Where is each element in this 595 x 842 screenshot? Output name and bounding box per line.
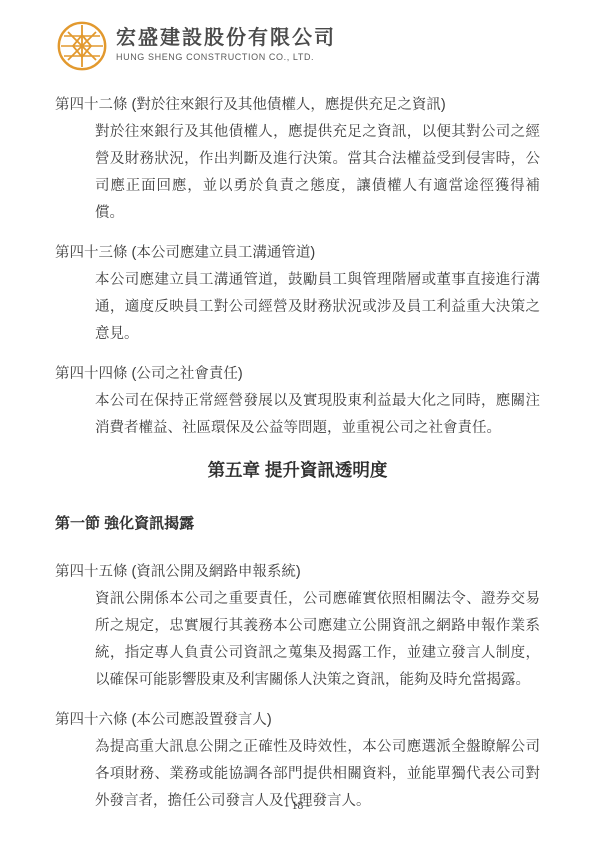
company-names: 宏盛建設股份有限公司 HUNG SHENG CONSTRUCTION CO., … <box>116 20 336 62</box>
article-46-heading: 第四十六條 (本公司應設置發言人) <box>55 707 540 734</box>
article-42: 第四十二條 (對於往來銀行及其他債權人，應提供充足之資訊) 對於往來銀行及其他債… <box>55 92 540 227</box>
section-title: 第一節 強化資訊揭露 <box>55 510 540 537</box>
article-45: 第四十五條 (資訊公開及網路申報系統) 資訊公開係本公司之重要責任，公司應確實依… <box>55 559 540 694</box>
page-content: 宏盛建設股份有限公司 HUNG SHENG CONSTRUCTION CO., … <box>0 0 595 815</box>
article-43-body: 本公司應建立員工溝通管道，鼓勵員工與管理階層或董事直接進行溝通，適度反映員工對公… <box>95 267 540 348</box>
article-46: 第四十六條 (本公司應設置發言人) 為提高重大訊息公開之正確性及時效性，本公司應… <box>55 707 540 815</box>
page-footer: - 18 - <box>0 800 595 812</box>
article-45-body: 資訊公開係本公司之重要責任，公司應確實依照相關法令、證券交易所之規定，忠實履行其… <box>95 586 540 694</box>
page-number: - 18 - <box>285 800 310 812</box>
company-logo-icon <box>55 20 109 77</box>
company-name-en: HUNG SHENG CONSTRUCTION CO., LTD. <box>116 52 336 62</box>
article-44-heading: 第四十四條 (公司之社會責任) <box>55 361 540 388</box>
article-44: 第四十四條 (公司之社會責任) 本公司在保持正常經營發展以及實現股東利益最大化之… <box>55 361 540 442</box>
article-44-body: 本公司在保持正常經營發展以及實現股東利益最大化之同時，應關注消費者權益、社區環保… <box>95 388 540 442</box>
article-43: 第四十三條 (本公司應建立員工溝通管道) 本公司應建立員工溝通管道，鼓勵員工與管… <box>55 240 540 348</box>
article-45-heading: 第四十五條 (資訊公開及網路申報系統) <box>55 559 540 586</box>
company-name-zh: 宏盛建設股份有限公司 <box>116 24 336 50</box>
chapter-title: 第五章 提升資訊透明度 <box>55 457 540 484</box>
document-page: 宏盛建設股份有限公司 HUNG SHENG CONSTRUCTION CO., … <box>0 0 595 842</box>
letterhead: 宏盛建設股份有限公司 HUNG SHENG CONSTRUCTION CO., … <box>55 20 540 76</box>
article-42-body: 對於往來銀行及其他債權人，應提供充足之資訊，以便其對公司之經營及財務狀況，作出判… <box>95 119 540 227</box>
article-42-heading: 第四十二條 (對於往來銀行及其他債權人，應提供充足之資訊) <box>55 92 540 119</box>
article-43-heading: 第四十三條 (本公司應建立員工溝通管道) <box>55 240 540 267</box>
